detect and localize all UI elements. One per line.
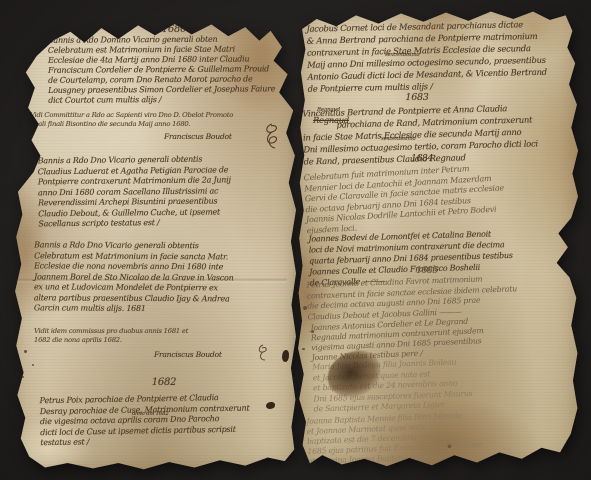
signature-flourish-icon [262, 122, 282, 150]
examiner-note: Vidit idem commissus pro duobus annis 16… [34, 327, 274, 345]
register-entry: Bannis a Rdo Domino Vicario generali obt… [48, 34, 294, 106]
speck [24, 350, 27, 353]
year-heading-1680: 1680 [124, 24, 224, 35]
register-entry: Joanna Baptista Mennie filia Petri Menni… [306, 407, 566, 467]
right-page-wrap: Jacobus Cornet loci de Mesandant parochi… [297, 8, 578, 468]
year-heading-1683: 1683 [367, 92, 467, 103]
signature-flourish-icon [256, 344, 270, 362]
speck [21, 376, 24, 378]
year-heading-1684: 1684 [372, 154, 472, 164]
superscript-insertion: anno dni 1682 [132, 411, 169, 417]
register-entry: Jacobus Cornet loci de Mesandant parochi… [306, 17, 569, 94]
inserted-word: Regnaud [317, 107, 340, 113]
manuscript-scan: { "colors": { "background": "#232020", "… [0, 0, 591, 480]
register-entry: Celebratum fuit matrimonium inter Petrum… [303, 159, 568, 237]
left-page: 1680 Bannis a Rdo Domino Vicario general… [14, 20, 296, 472]
superscript-insertion: sexcentesimo [381, 136, 415, 142]
left-page-wrap: 1680 Bannis a Rdo Domino Vicario general… [14, 20, 296, 472]
right-page: Jacobus Cornet loci de Mesandant parochi… [297, 8, 578, 468]
examiner-note: Vidi Committitur a Rdo ac Sapienti viro … [30, 111, 286, 129]
speck [32, 364, 34, 366]
register-entry: Bannis a Rdo Dno Vicario generali obtent… [34, 240, 290, 315]
struck-word: Regnaud [313, 115, 349, 125]
superscript-insertion: sexcentesimo [385, 52, 419, 58]
register-entry: Petrus Poix parochiae de Pontpierre et C… [40, 392, 291, 449]
ink-blot [282, 350, 289, 362]
speck [302, 348, 305, 350]
year-heading-1682: 1682 [114, 377, 214, 388]
register-entry: Bannis a Rdo Dno Vicario generali obtent… [38, 154, 291, 230]
